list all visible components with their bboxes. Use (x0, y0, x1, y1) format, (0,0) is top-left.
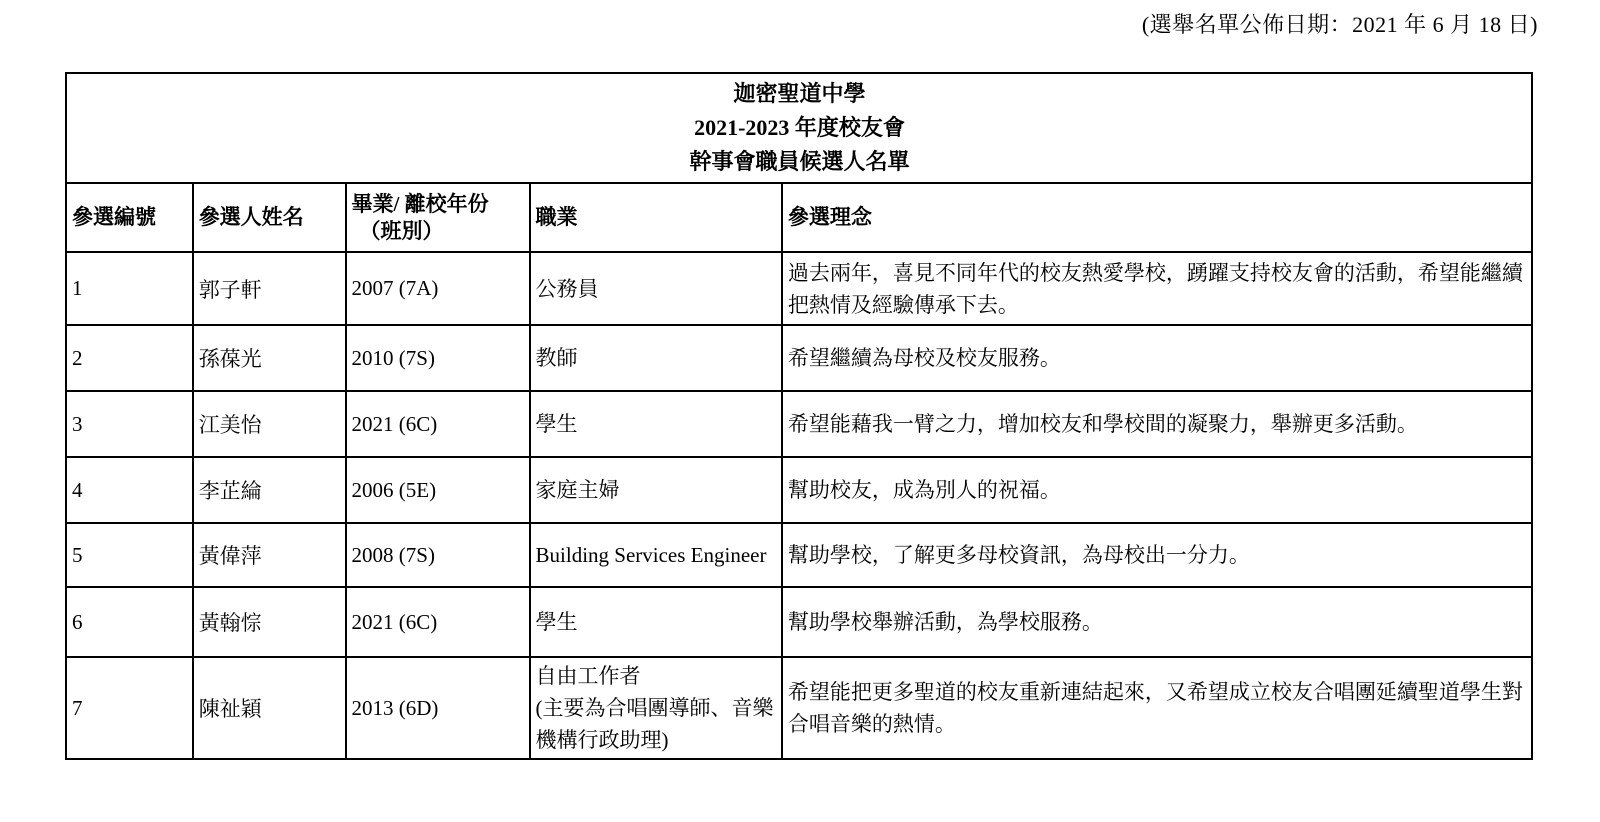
header-graduation-year-line2: （班別） (352, 218, 525, 245)
candidate-year: 2021 (6C) (346, 391, 530, 457)
table-row: 2 孫葆光 2010 (7S) 教師 希望繼續為母校及校友服務。 (66, 325, 1532, 391)
candidate-statement: 希望繼續為母校及校友服務。 (782, 325, 1532, 391)
candidate-number: 3 (66, 391, 193, 457)
table-row: 7 陳祉穎 2013 (6D) 自由工作者 (主要為合唱團導師、音樂機構行政助理… (66, 657, 1532, 759)
candidate-occupation: 家庭主婦 (530, 457, 782, 523)
candidate-statement: 幫助學校舉辦活動，為學校服務。 (782, 587, 1532, 657)
header-statement: 參選理念 (782, 183, 1532, 252)
candidate-number: 4 (66, 457, 193, 523)
school-name: 迦密聖道中學 (72, 77, 1527, 111)
table-title-row: 迦密聖道中學 2021-2023 年度校友會 幹事會職員候選人名單 (66, 73, 1532, 183)
term-title: 2021-2023 年度校友會 (72, 111, 1527, 145)
candidate-year: 2010 (7S) (346, 325, 530, 391)
candidate-roster-table: 迦密聖道中學 2021-2023 年度校友會 幹事會職員候選人名單 參選編號 參… (65, 72, 1533, 760)
table-row: 4 李芷綸 2006 (5E) 家庭主婦 幫助校友，成為別人的祝福。 (66, 457, 1532, 523)
candidate-year: 2021 (6C) (346, 587, 530, 657)
candidate-statement: 希望能藉我一臂之力，增加校友和學校間的凝聚力，舉辦更多活動。 (782, 391, 1532, 457)
candidate-name: 黃偉萍 (193, 523, 346, 587)
candidate-year: 2008 (7S) (346, 523, 530, 587)
candidate-year: 2006 (5E) (346, 457, 530, 523)
candidate-year: 2013 (6D) (346, 657, 530, 759)
header-occupation: 職業 (530, 183, 782, 252)
list-title: 幹事會職員候選人名單 (72, 145, 1527, 179)
candidate-statement: 幫助校友，成為別人的祝福。 (782, 457, 1532, 523)
candidate-number: 1 (66, 252, 193, 325)
publication-date-note: (選舉名單公佈日期：2021 年 6 月 18 日) (1142, 8, 1538, 39)
candidate-statement: 希望能把更多聖道的校友重新連結起來，又希望成立校友合唱團延續聖道學生對合唱音樂的… (782, 657, 1532, 759)
candidate-name: 陳祉穎 (193, 657, 346, 759)
candidate-statement: 過去兩年，喜見不同年代的校友熱愛學校，踴躍支持校友會的活動，希望能繼續把熱情及經… (782, 252, 1532, 325)
table-row: 3 江美怡 2021 (6C) 學生 希望能藉我一臂之力，增加校友和學校間的凝聚… (66, 391, 1532, 457)
candidate-occupation: 學生 (530, 391, 782, 457)
header-candidate-name: 參選人姓名 (193, 183, 346, 252)
document-page: (選舉名單公佈日期：2021 年 6 月 18 日) 迦密聖道中學 2021-2… (0, 0, 1600, 822)
candidate-occupation: Building Services Engineer (530, 523, 782, 587)
header-graduation-year-line1: 畢業/ 離校年份 (352, 192, 489, 216)
candidate-statement: 幫助學校，了解更多母校資訊，為母校出一分力。 (782, 523, 1532, 587)
table-row: 1 郭子軒 2007 (7A) 公務員 過去兩年，喜見不同年代的校友熱愛學校，踴… (66, 252, 1532, 325)
candidate-number: 6 (66, 587, 193, 657)
candidate-name: 江美怡 (193, 391, 346, 457)
candidate-number: 7 (66, 657, 193, 759)
candidate-name: 李芷綸 (193, 457, 346, 523)
candidate-name: 孫葆光 (193, 325, 346, 391)
candidate-occupation: 學生 (530, 587, 782, 657)
column-header-row: 參選編號 參選人姓名 畢業/ 離校年份 （班別） 職業 參選理念 (66, 183, 1532, 252)
candidate-name: 黃翰悰 (193, 587, 346, 657)
candidate-occupation: 公務員 (530, 252, 782, 325)
candidate-occupation: 自由工作者 (主要為合唱團導師、音樂機構行政助理) (530, 657, 782, 759)
candidate-number: 5 (66, 523, 193, 587)
header-graduation-year: 畢業/ 離校年份 （班別） (346, 183, 530, 252)
candidate-year: 2007 (7A) (346, 252, 530, 325)
header-candidate-number: 參選編號 (66, 183, 193, 252)
table-title: 迦密聖道中學 2021-2023 年度校友會 幹事會職員候選人名單 (66, 73, 1532, 183)
table-row: 6 黃翰悰 2021 (6C) 學生 幫助學校舉辦活動，為學校服務。 (66, 587, 1532, 657)
table-row: 5 黃偉萍 2008 (7S) Building Services Engine… (66, 523, 1532, 587)
candidate-name: 郭子軒 (193, 252, 346, 325)
candidate-occupation: 教師 (530, 325, 782, 391)
candidate-number: 2 (66, 325, 193, 391)
